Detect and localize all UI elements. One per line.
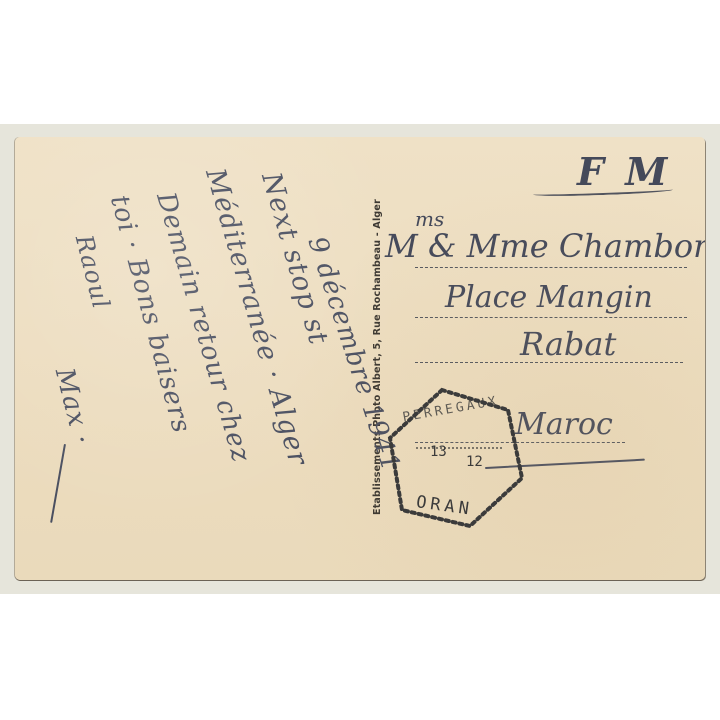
address-line-2 <box>415 317 687 318</box>
franchise-underline <box>533 187 673 198</box>
message-signature: Max · <box>49 365 97 448</box>
postmark-month: 12 <box>466 454 483 470</box>
postcard: Etablissements Photo Albert, 5, Rue Roch… <box>15 137 705 580</box>
signature-flourish <box>50 444 66 523</box>
postmark: PERREGAUX 13 12 ORAN <box>380 378 530 538</box>
message-line: Raoul <box>70 232 115 312</box>
address-street: Place Mangin <box>445 280 653 315</box>
address-line-3 <box>415 362 683 363</box>
address-line-1 <box>415 267 687 268</box>
address-recipient: M & Mme Chambon <box>385 227 705 265</box>
postmark-day: 13 <box>430 444 447 460</box>
address-city: Rabat <box>520 325 616 363</box>
